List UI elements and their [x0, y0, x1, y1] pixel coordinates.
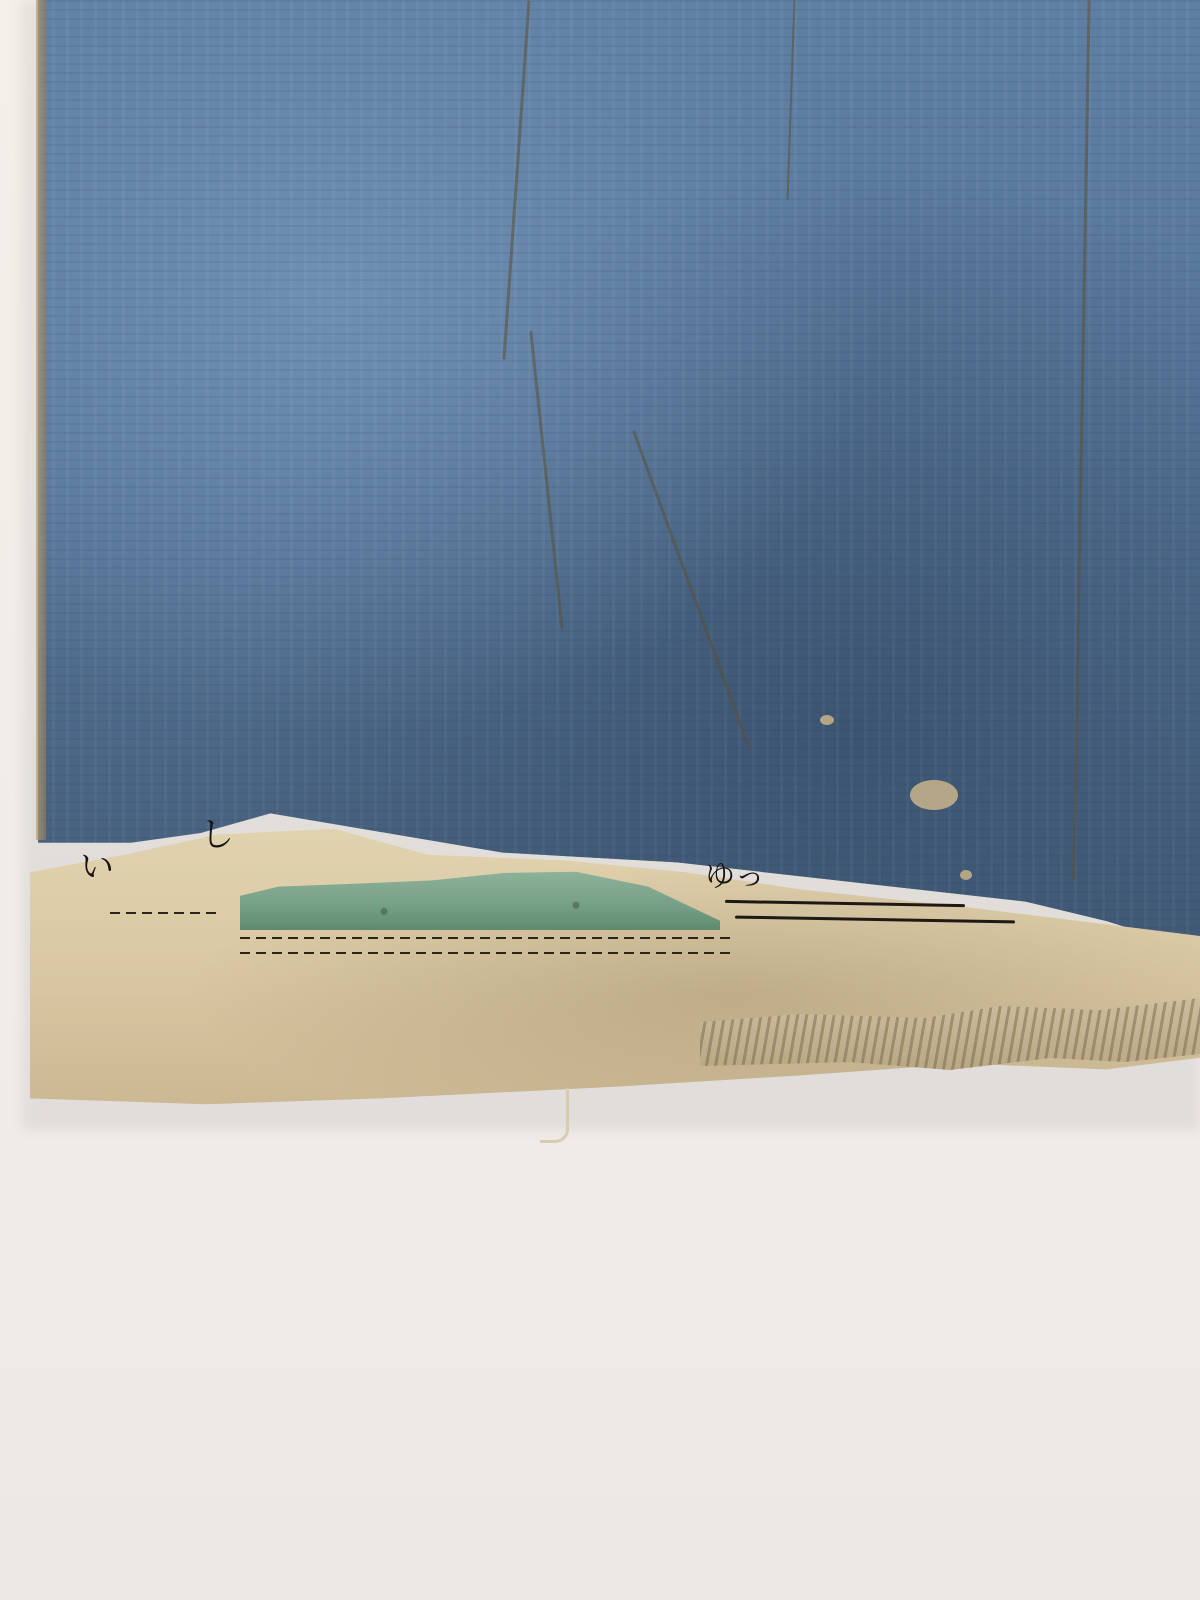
handwritten-mark-right: ゆっ — [705, 862, 765, 892]
loose-paper-thread — [540, 1088, 569, 1143]
cover-left-edge — [36, 0, 46, 840]
handwritten-mark-center: し — [200, 818, 234, 852]
photo-scene: い し ゆっ — [0, 0, 1200, 1600]
handwritten-mark-left: い — [80, 850, 114, 884]
foxing-spot — [960, 870, 972, 880]
ink-rule-line — [240, 937, 730, 939]
foxing-spot — [910, 780, 958, 810]
ink-rule-line — [110, 912, 220, 914]
ink-rule-line — [240, 952, 730, 954]
foxing-spot — [820, 715, 834, 725]
